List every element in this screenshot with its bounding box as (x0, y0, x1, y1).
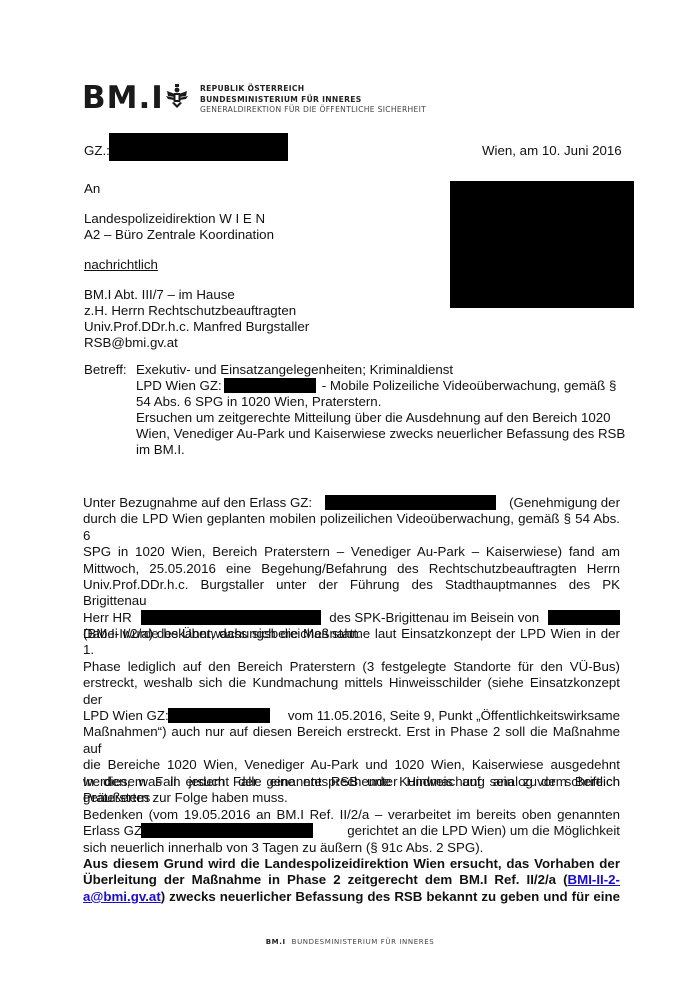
p1-line-6: Herr HR des SPK-Brigittenau im Beisein v… (83, 610, 620, 626)
footer-logo: BM.I (266, 938, 286, 946)
redacted-reference-number (109, 133, 288, 161)
p2-line-4: LPD Wien GZ: F vom 11.05.2016, Seite 9, … (83, 708, 620, 724)
p4-line-1: Aus diesem Grund wird die Landespolizeid… (83, 856, 620, 872)
p3-line-2: Bedenken (vom 19.05.2016 an BM.I Ref. II… (83, 807, 620, 823)
subject-label: Betreff: (84, 362, 127, 378)
letter-date: Wien, am 10. Juni 2016 (482, 143, 622, 159)
p3-text-b: gerichtet an die LPD Wien) um die Möglic… (347, 823, 620, 839)
bmi-logo: BM.I (82, 80, 164, 116)
p2-line-6: die Bereiche 1020 Wien, Venediger Au-Par… (83, 757, 620, 773)
p2-line-3: erstreckt, weshalb sich die Kundmachung … (83, 675, 620, 708)
reference-label: GZ.: (84, 143, 110, 159)
subject-block: Exekutiv- und Einsatzangelegenheiten; Kr… (136, 362, 625, 458)
cc-line-1: BM.I Abt. III/7 – im Hause (84, 287, 309, 303)
p4-text-b: ) zwecks neuerlicher Befassung des RSB b… (161, 889, 620, 904)
p1-line-2: durch die LPD Wien geplanten mobilen pol… (83, 511, 620, 544)
ref-email-link-part-2[interactable]: a@bmi.gv.at (83, 889, 161, 904)
p4-text-a: Überleitung der Maßnahme in Phase 2 zeit… (83, 872, 568, 887)
redacted-erlass-gz-2 (141, 823, 313, 838)
letterhead-text: REPUBLIK ÖSTERREICH BUNDESMINISTERIUM FÜ… (200, 84, 426, 116)
paragraph-4: Aus diesem Grund wird die Landespolizeid… (83, 856, 620, 905)
letterhead-line-republic: REPUBLIK ÖSTERREICH (200, 84, 426, 95)
subject-line-5: Wien, Venediger Au-Park und Kaiserwiese … (136, 426, 625, 442)
p1-text-c: des SPK-Brigittenau im Beisein von (329, 610, 539, 626)
redacted-name-2 (548, 610, 620, 625)
paragraph-3: In diesem Fall ersucht der genannte RSB … (83, 774, 620, 856)
subject-line-1: Exekutiv- und Einsatzangelegenheiten; Kr… (136, 362, 625, 378)
p3-line-1: In diesem Fall ersucht der genannte RSB … (83, 774, 620, 807)
page-footer: BM.IBUNDESMINISTERIUM FÜR INNERES (0, 938, 700, 946)
footer-text: BUNDESMINISTERIUM FÜR INNERES (292, 938, 435, 946)
recipient-line-1: Landespolizeidirektion W I E N (84, 211, 309, 227)
letterhead-line-directorate: GENERALDIREKTION FÜR DIE ÖFFENTLICHE SIC… (200, 105, 426, 116)
p1-line-5: Univ.Prof.DDr.h.c. Burgstaller unter der… (83, 577, 620, 610)
redacted-concept-gz (168, 708, 270, 723)
p2-line-1: Dabei wurde bekannt, dass sich die Maßna… (83, 626, 620, 659)
recipient-line-2: A2 – Büro Zentrale Koordination (84, 227, 309, 243)
p2-gz-label: LPD Wien GZ: F (83, 708, 181, 724)
redacted-erlass-gz (325, 495, 496, 510)
p1-line-4: Mittwoch, 25.05.2016 eine Begehung/Befah… (83, 561, 620, 577)
p3-line-4: sich neuerlich innerhalb von 3 Tagen zu … (83, 840, 620, 856)
subject-line-3: 54 Abs. 6 SPG in 1020 Wien, Praterstern. (136, 394, 625, 410)
subject-line-4: Ersuchen um zeitgerechte Mitteilung über… (136, 410, 625, 426)
p1-line-3: SPG in 1020 Wien, Bereich Praterstern – … (83, 544, 620, 560)
redacted-name-1 (141, 610, 321, 625)
p4-line-3: a@bmi.gv.at) zwecks neuerlicher Befassun… (83, 889, 620, 905)
p2-line-5: Maßnahmen“) auch nur auf diesen Bereich … (83, 724, 620, 757)
p1-line-1: Unter Bezugnahme auf den Erlass GZ: (Gen… (83, 495, 620, 511)
p1-text-b: (Genehmigung der (509, 495, 620, 511)
ref-email-link-part-1[interactable]: BMI-II-2- (568, 872, 620, 887)
p2-line-2: Phase lediglich auf den Bereich Praterst… (83, 659, 620, 675)
recipient-salutation: An (84, 181, 309, 197)
p3-line-3: Erlass GZ: gerichtet an die LPD Wien) um… (83, 823, 620, 839)
p1-herr-hr: Herr HR (83, 610, 132, 626)
p2-text-b: vom 11.05.2016, Seite 9, Punkt „Öffentli… (288, 708, 620, 724)
cc-email: RSB@bmi.gv.at (84, 335, 309, 351)
letterhead-line-ministry: BUNDESMINISTERIUM FÜR INNERES (200, 95, 426, 106)
redacted-gz (224, 378, 316, 393)
austrian-eagle-icon (166, 84, 188, 110)
subject-title: - Mobile Polizeiliche Videoüberwachung, … (322, 378, 617, 393)
paragraph-1: Unter Bezugnahme auf den Erlass GZ: (Gen… (83, 495, 620, 643)
p1-text-a: Unter Bezugnahme auf den Erlass GZ: (83, 495, 312, 511)
subject-line-6: im BM.I. (136, 442, 625, 458)
cc-label: nachrichtlich (84, 257, 309, 273)
cc-line-2: z.H. Herrn Rechtschutzbeauftragten (84, 303, 309, 319)
p3-erlass-label: Erlass GZ: (83, 823, 146, 839)
subject-line-2: LPD Wien GZ:- Mobile Polizeiliche Videoü… (136, 378, 625, 394)
redacted-block (450, 181, 634, 308)
recipient-block: An Landespolizeidirektion W I E N A2 – B… (84, 181, 309, 351)
subject-gz-label: LPD Wien GZ: (136, 378, 222, 393)
p4-line-2: Überleitung der Maßnahme in Phase 2 zeit… (83, 872, 620, 888)
cc-line-3: Univ.Prof.DDr.h.c. Manfred Burgstaller (84, 319, 309, 335)
